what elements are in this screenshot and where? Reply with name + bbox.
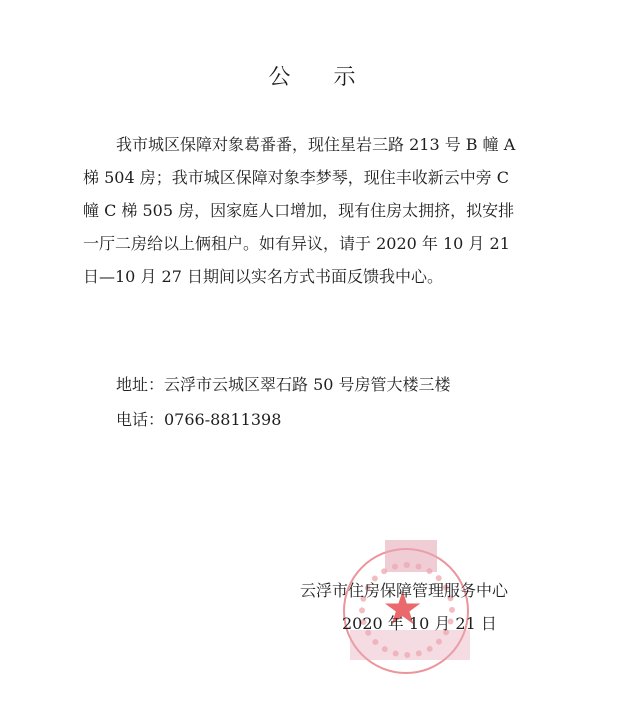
signature-date: 2020 年 10 月 21 日 [342, 611, 497, 634]
body-line: 幢 C 梯 505 房，因家庭人口增加，现有住房太拥挤，拟安排 [83, 194, 543, 227]
phone: 电话：0766-8811398 [116, 407, 281, 430]
signature-organization: 云浮市住房保障管理服务中心 [300, 578, 508, 601]
redaction-block [385, 540, 437, 572]
body-line: 梯 504 房；我市城区保障对象李梦琴，现住丰收新云中旁 C [83, 161, 543, 194]
body-line: 日—10 月 27 日期间以实名方式书面反馈我中心。 [83, 260, 543, 293]
address: 地址：云浮市云城区翠石路 50 号房管大楼三楼 [116, 372, 451, 395]
notice-title: 公 示 [0, 60, 624, 91]
body-line: 一厅二房给以上俩租户。如有异议，请于 2020 年 10 月 21 [83, 227, 543, 260]
notice-body: 我市城区保障对象葛番番，现住星岩三路 213 号 B 幢 A 梯 504 房；我… [83, 128, 543, 293]
redaction-block [350, 630, 470, 660]
body-line: 我市城区保障对象葛番番，现住星岩三路 213 号 B 幢 A [83, 128, 543, 161]
